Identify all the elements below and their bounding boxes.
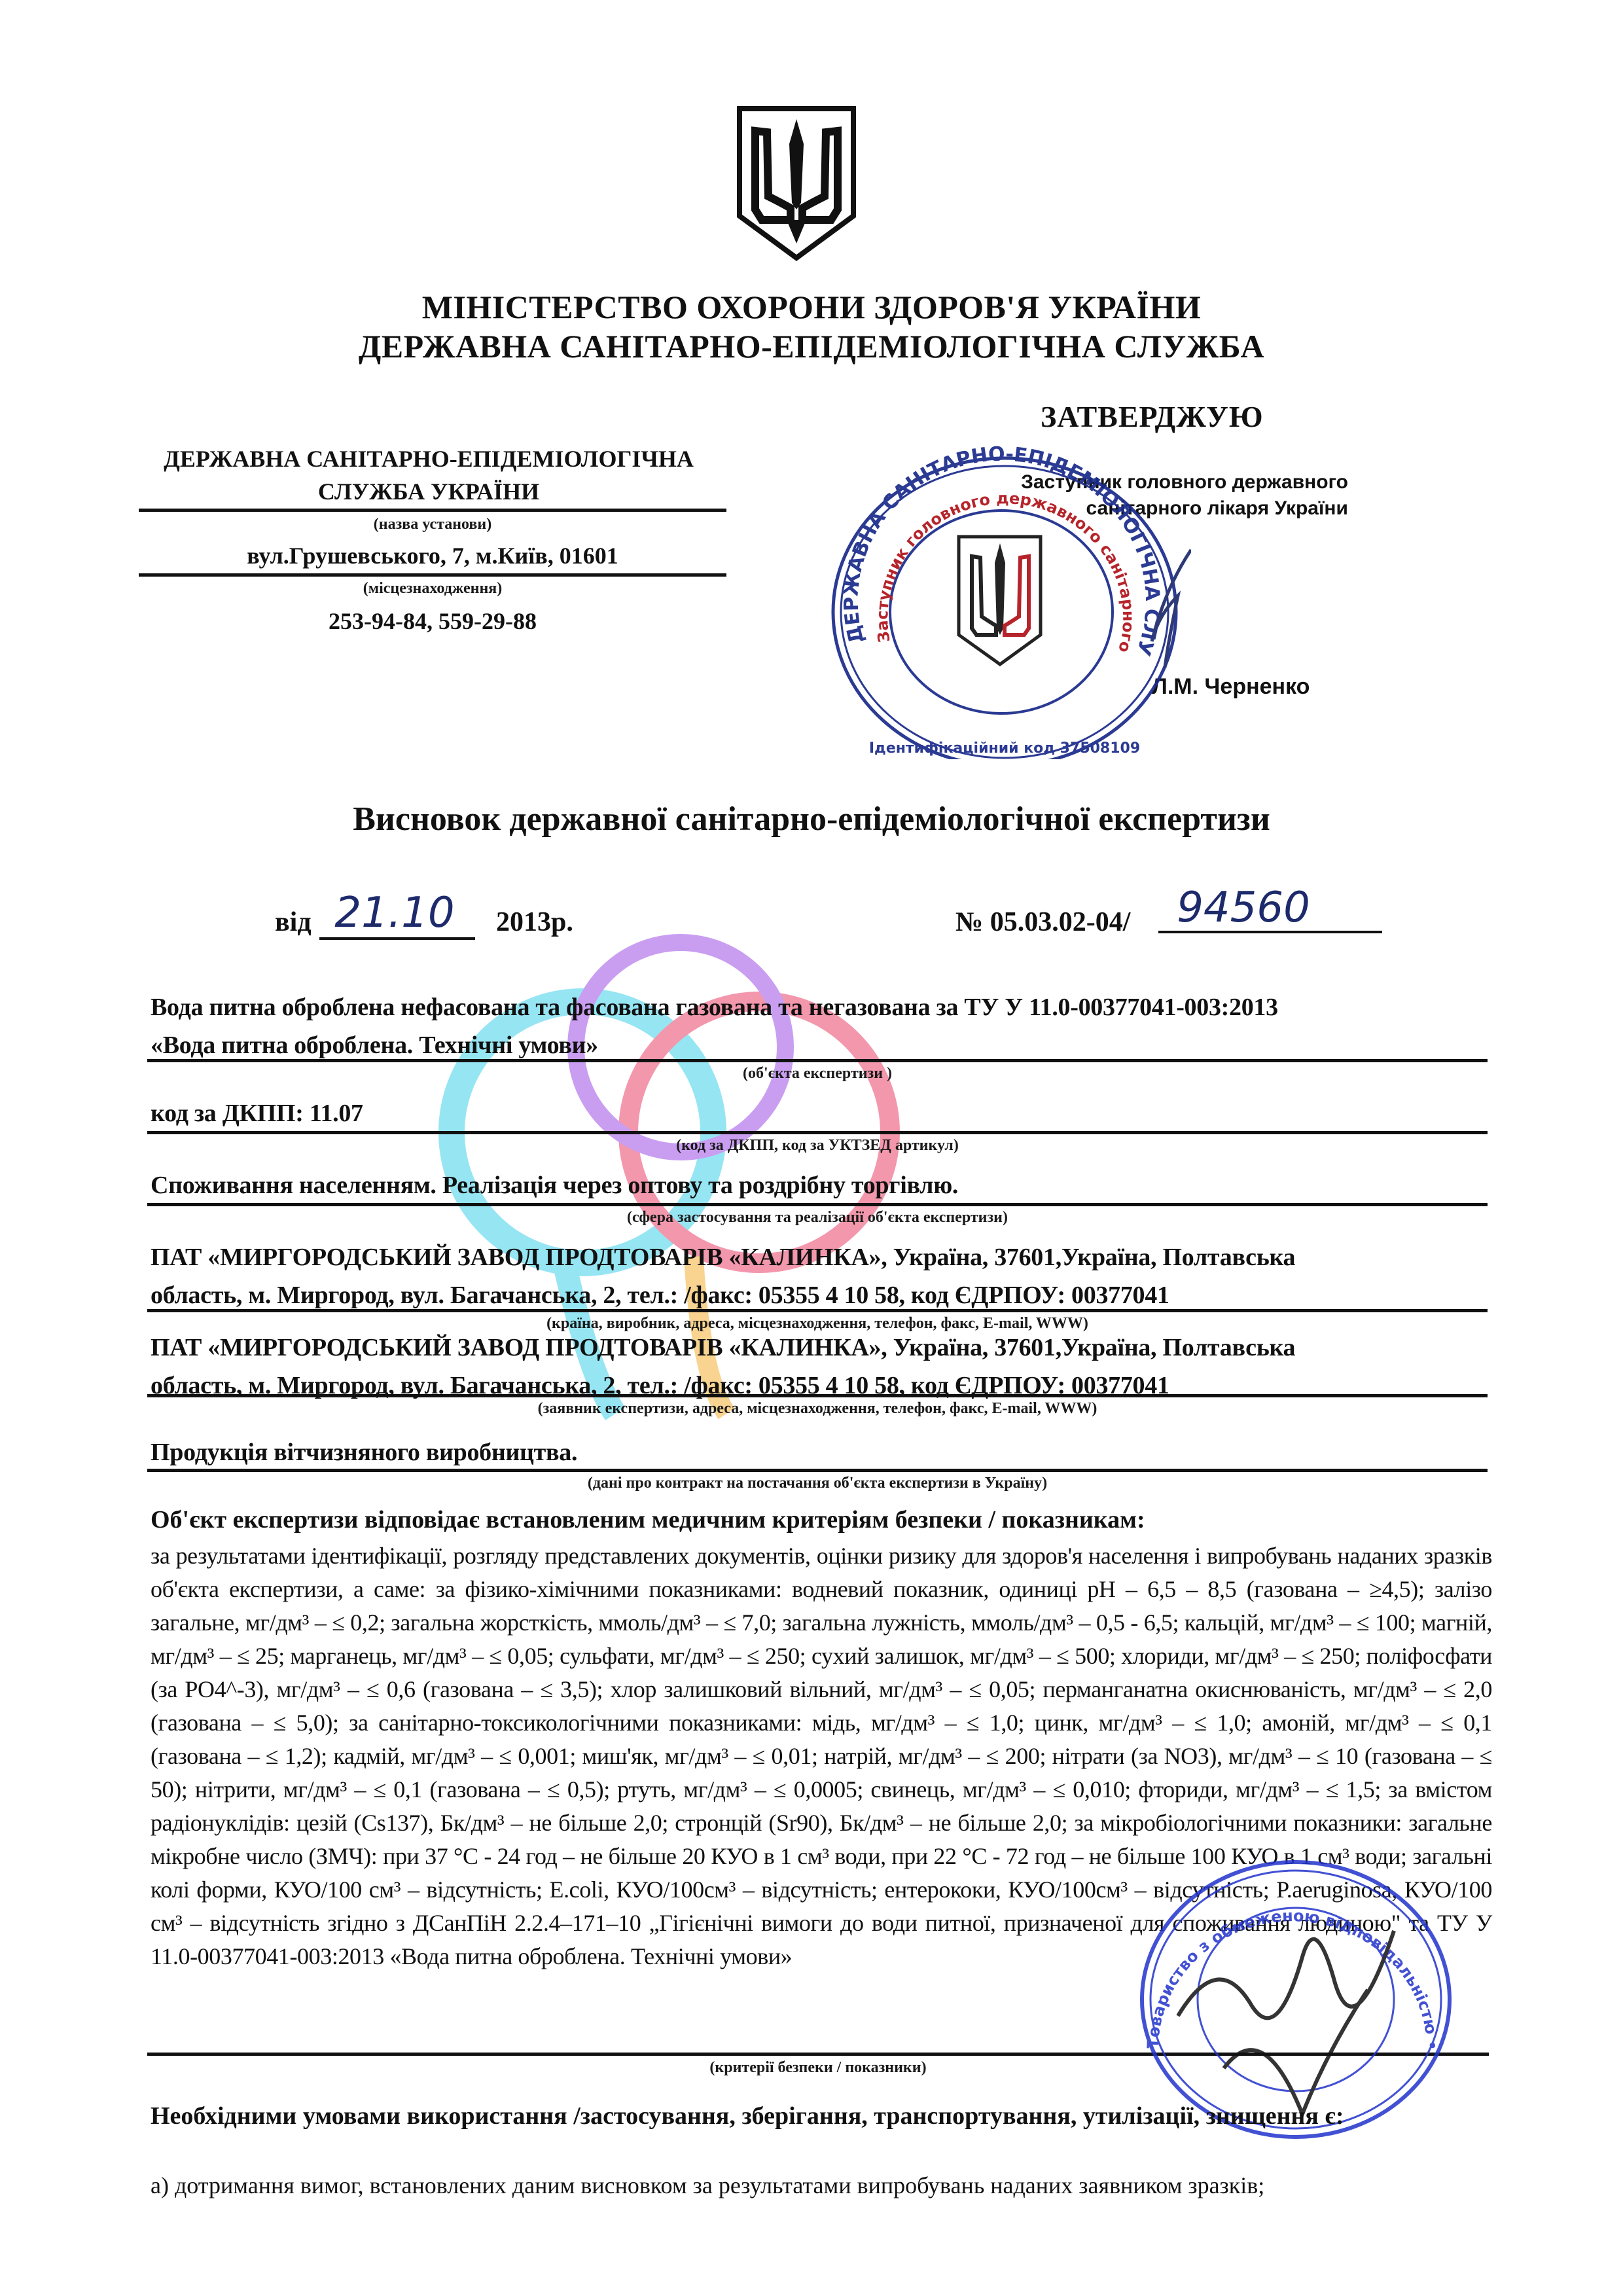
divider: [147, 1131, 1488, 1134]
criteria-heading: Об'єкт експертизи відповідає встановлени…: [151, 1505, 1492, 1534]
divider: [147, 1203, 1488, 1206]
manufacturer-line1: ПАТ «МИРГОРОДСЬКИЙ ЗАВОД ПРОДТОВАРІВ «КА…: [151, 1238, 1486, 1276]
applicant: ПАТ «МИРГОРОДСЬКИЙ ЗАВОД ПРОДТОВАРІВ «КА…: [151, 1329, 1486, 1405]
trident-coat-of-arms-icon: [736, 105, 857, 262]
contract-info-caption: (дані про контракт на постачання об'єкта…: [147, 1475, 1488, 1492]
expertise-object-caption: (об'єкта експертизи ): [147, 1065, 1488, 1083]
scope-of-use-caption: (сфера застосування та реалізації об'єкт…: [147, 1209, 1488, 1227]
institution-name-caption: (назва установи): [139, 516, 726, 533]
expertise-object: Вода питна оброблена нефасована та фасов…: [151, 988, 1486, 1064]
institution-address: вул.Грушевського, 7, м.Київ, 01601: [139, 542, 726, 569]
divider: [147, 1394, 1488, 1397]
contract-info: Продукція вітчизняного виробництва.: [151, 1433, 1486, 1471]
applicant-line1: ПАТ «МИРГОРОДСЬКИЙ ЗАВОД ПРОДТОВАРІВ «КА…: [151, 1329, 1486, 1367]
official-round-stamp-icon: ДЕРЖАВНА САНІТАРНО-ЕПІДЕМІОЛОГІЧНА СЛУЖБ…: [825, 445, 1191, 759]
institution-name-line1: ДЕРЖАВНА САНІТАРНО-ЕПІДЕМІОЛОГІЧНА: [134, 442, 723, 475]
applicant-caption: (заявник експертизи, адреса, місцезнаход…: [147, 1400, 1488, 1418]
approval-label: ЗАТВЕРДЖУЮ: [1041, 399, 1264, 434]
applicant-round-stamp-icon: Товариство з обмеженою відповідальністю …: [1119, 1852, 1472, 2140]
divider: [139, 509, 726, 512]
institution-name-line2: СЛУЖБА УКРАЇНИ: [134, 475, 723, 508]
expertise-object-line1: Вода питна оброблена нефасована та фасов…: [151, 988, 1486, 1026]
conditions-heading: Необхідними умовами використання /застос…: [151, 2098, 1453, 2134]
stamp-code-text: Ідентифікаційний код 37508109: [869, 740, 1140, 757]
divider: [147, 1059, 1488, 1062]
svg-text:Товариство з обмеженою відпові: Товариство з обмеженою відповідальністю …: [1119, 1852, 1441, 2051]
date-prefix: від: [275, 906, 312, 938]
institution-address-caption: (місцезнаходження): [139, 580, 726, 598]
document-title: Висновок державної санітарно-епідеміолог…: [0, 800, 1623, 838]
dkpp-code: код за ДКПП: 11.07: [151, 1094, 1486, 1132]
institution-name: ДЕРЖАВНА САНІТАРНО-ЕПІДЕМІОЛОГІЧНА СЛУЖБ…: [134, 442, 723, 508]
number-underline: [1158, 931, 1382, 933]
divider: [147, 1309, 1488, 1312]
service-header: ДЕРЖАВНА САНІТАРНО-ЕПІДЕМІОЛОГІЧНА СЛУЖБ…: [0, 327, 1623, 365]
divider: [139, 573, 726, 577]
applicant-stamp-text: Товариство з обмеженою відповідальністю …: [1119, 1852, 1441, 2051]
manufacturer: ПАТ «МИРГОРОДСЬКИЙ ЗАВОД ПРОДТОВАРІВ «КА…: [151, 1238, 1486, 1314]
applicant-line2: область, м. Миргород, вул. Багачанська, …: [151, 1367, 1486, 1405]
scope-of-use: Споживання населенням. Реалізація через …: [151, 1166, 1486, 1204]
institution-phones: 253-94-84, 559-29-88: [139, 607, 726, 635]
document-number-handwritten: 94560: [1158, 884, 1329, 932]
conditions-item-a: а) дотримання вимог, встановлених даним …: [151, 2172, 1499, 2199]
divider: [147, 1469, 1488, 1472]
ministry-header: МІНІСТЕРСТВО ОХОРОНИ ЗДОРОВ'Я УКРАЇНИ: [0, 288, 1623, 326]
dkpp-code-caption: (код за ДКПП, код за УКТЗЕД артикул): [147, 1137, 1488, 1155]
